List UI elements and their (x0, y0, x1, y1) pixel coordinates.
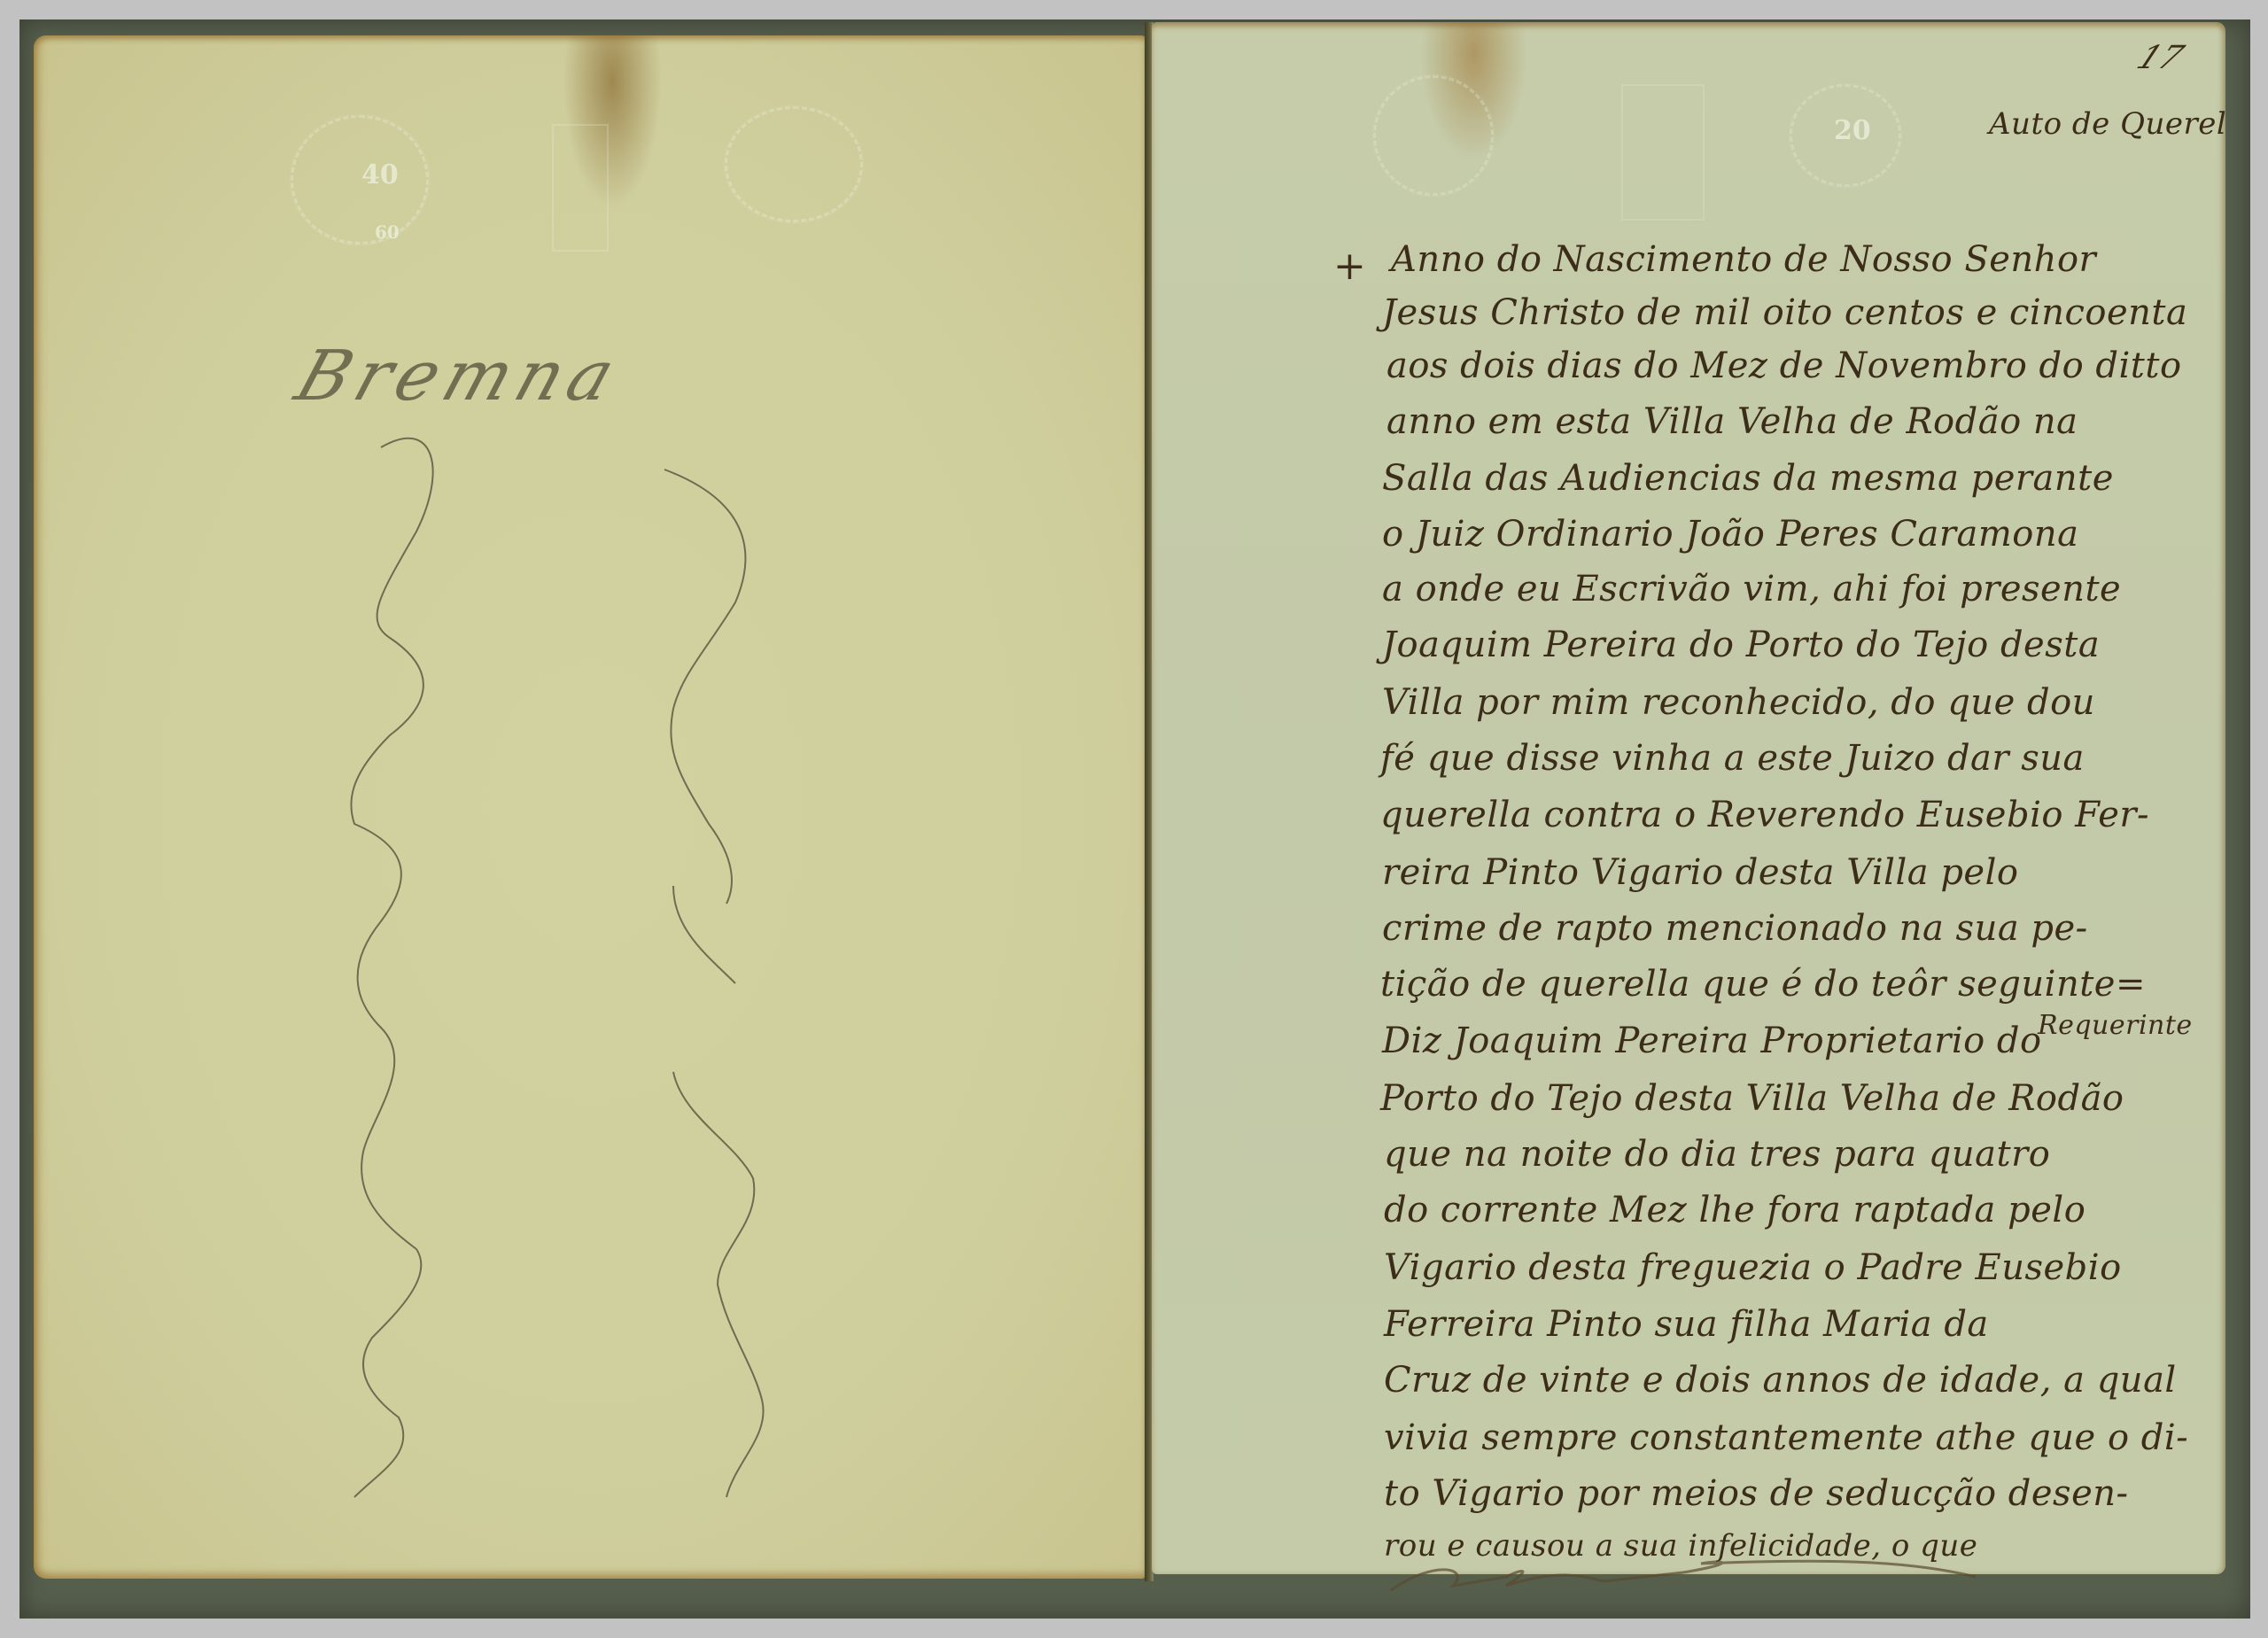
wavy-lines-icon (351, 439, 763, 1497)
pen-strokes (0, 0, 2268, 1638)
closing-flourish-icon (1391, 1561, 1976, 1590)
